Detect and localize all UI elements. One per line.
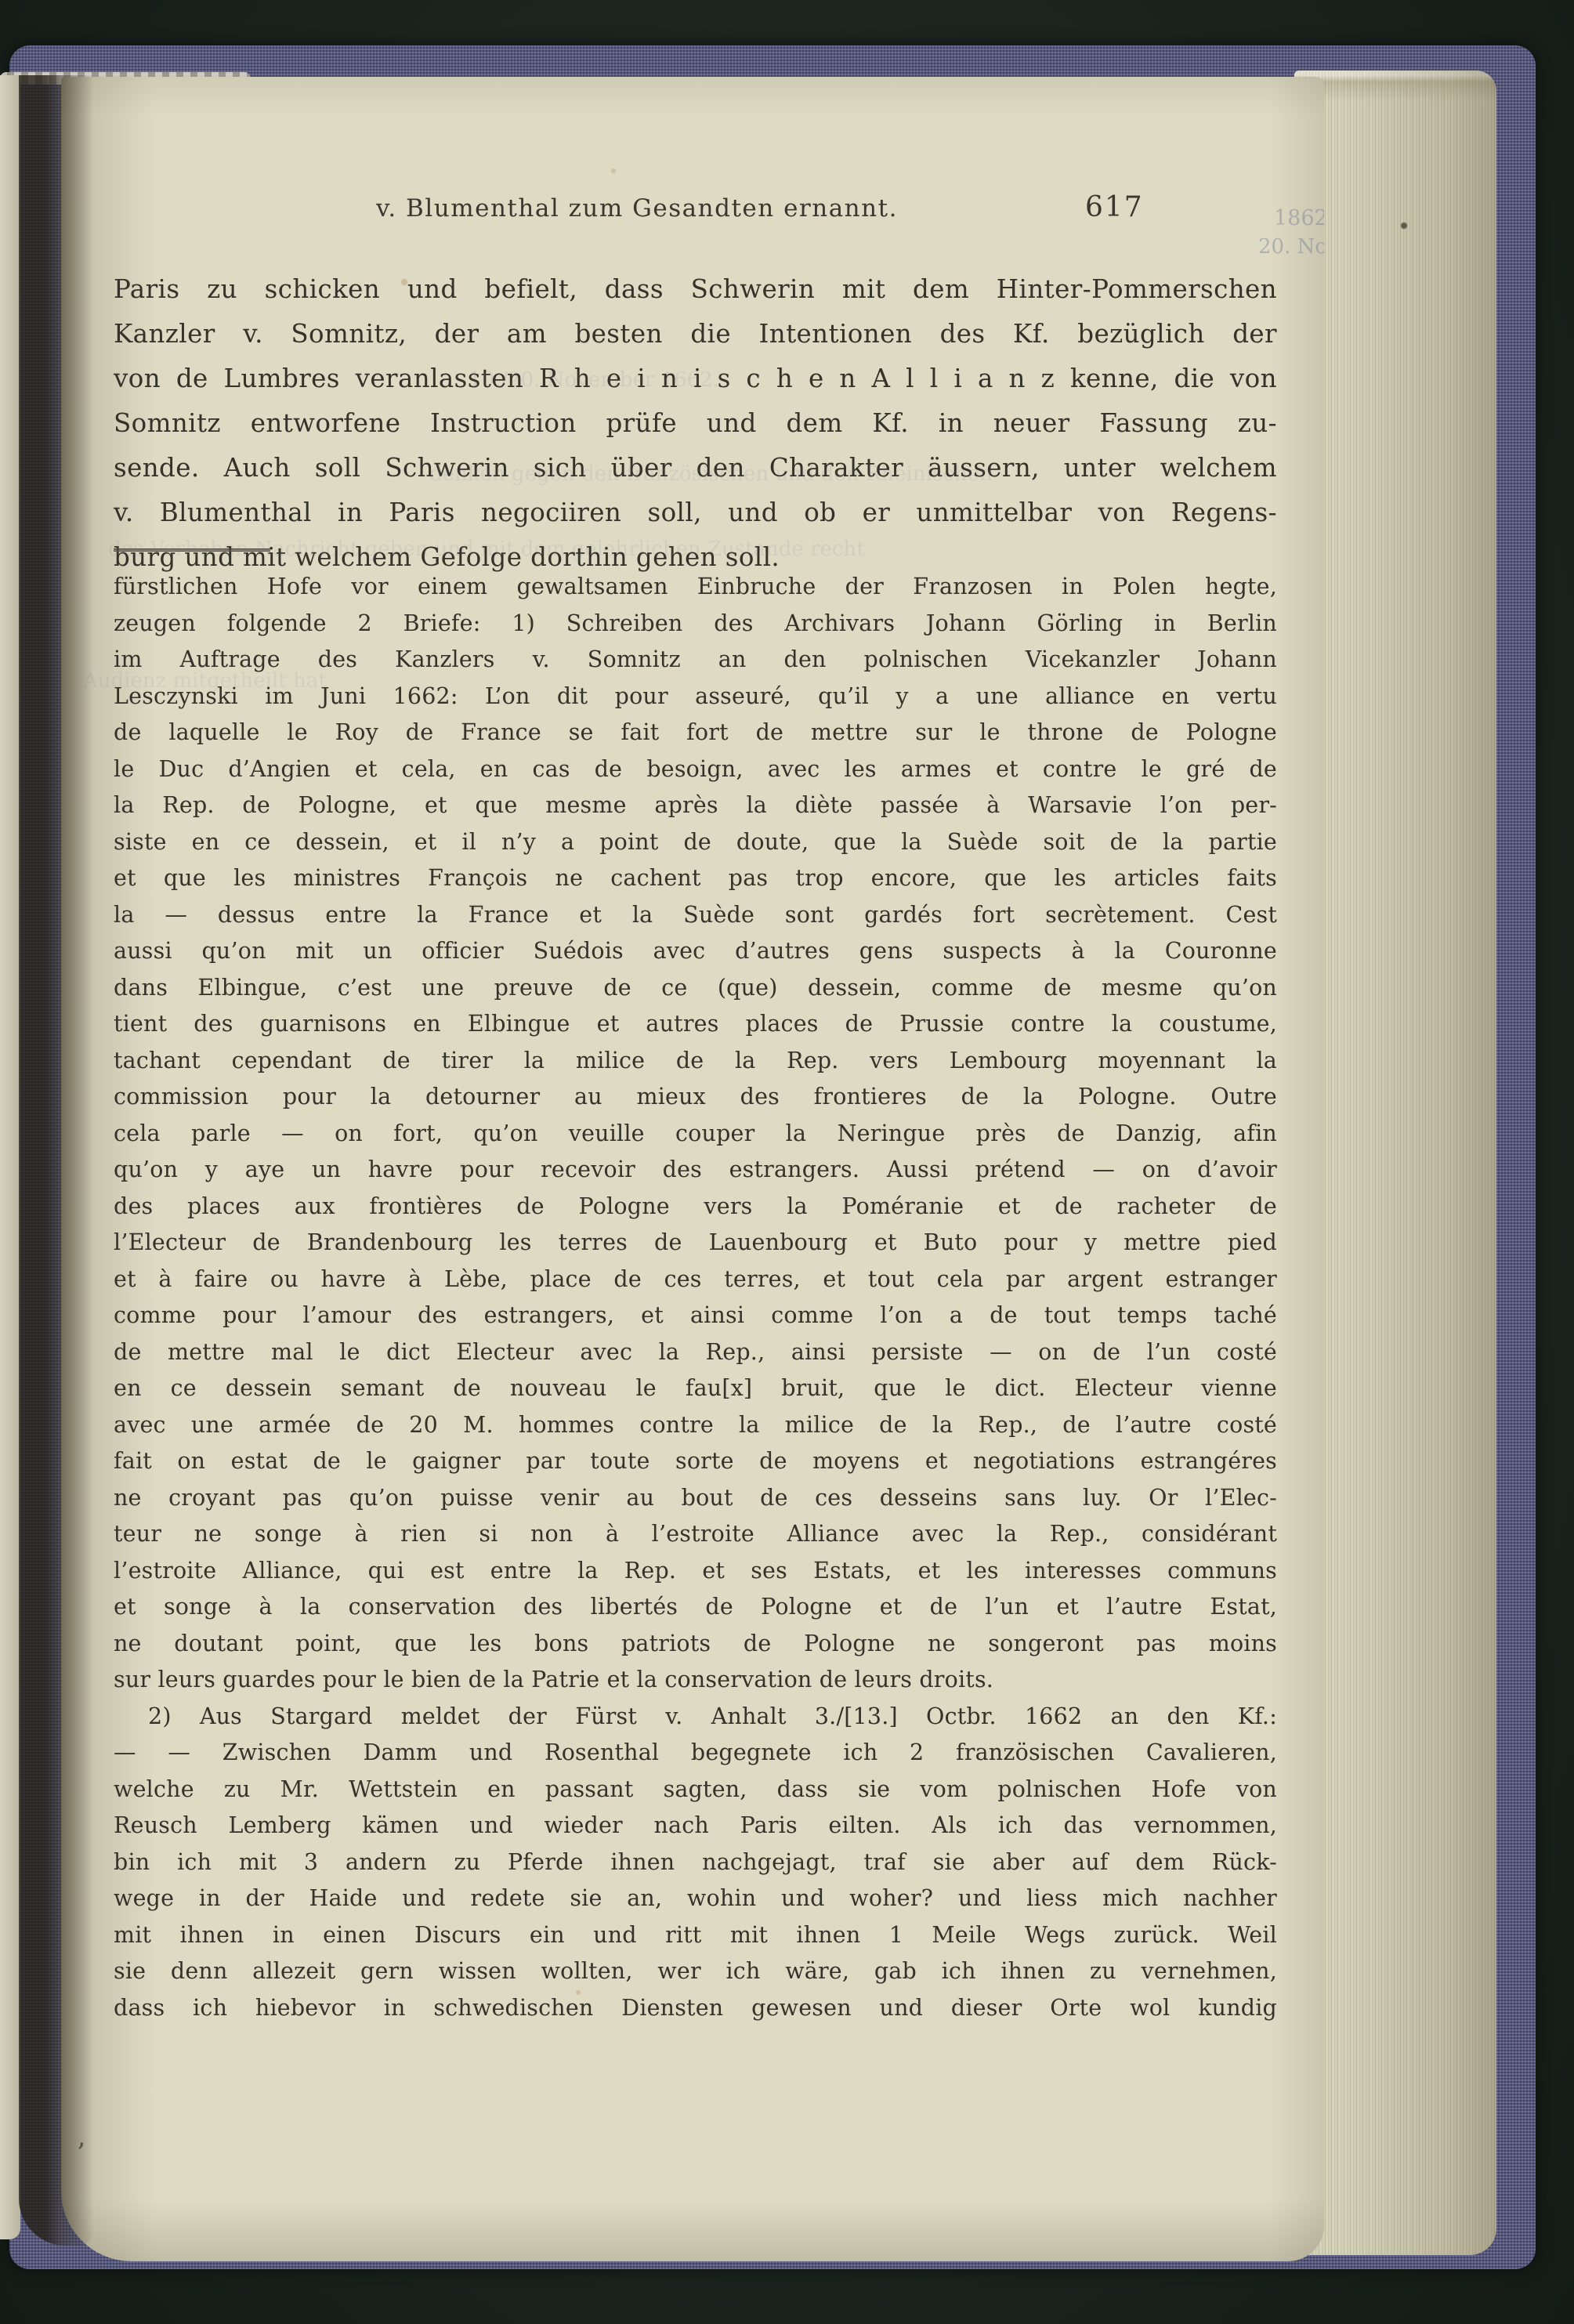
- footnote-text-line: des places aux frontières de Pologne ver…: [114, 1189, 1277, 1225]
- footnote-text-line: cela parle — on fort, qu’on veuille coup…: [114, 1116, 1277, 1153]
- body-text-line: von de Lumbres veranlassten R h e i n i …: [114, 357, 1277, 401]
- footnote-paragraph-2: 2) Aus Stargard meldet der Fürst v. Anha…: [114, 1699, 1277, 2027]
- footnote-text-line: welche zu Mr. Wettstein en passant sagte…: [114, 1772, 1277, 1808]
- footnote-text-line: et que les ministres François ne cachent…: [114, 860, 1277, 897]
- footnote-text-line: l’Electeur de Brandenbourg les terres de…: [114, 1225, 1277, 1262]
- footnote-text-line: sur leurs guardes pour le bien de la Pat…: [114, 1662, 1277, 1699]
- show-through-ghost-text: 20. Nov.: [1258, 235, 1324, 259]
- page-stack-fore-edge: [1294, 71, 1496, 2255]
- book-page: v. Blumenthal zum Gesandten ernannt. 617…: [61, 77, 1324, 2261]
- footnote-text-line: bin ich mit 3 andern zu Pferde ihnen nac…: [114, 1844, 1277, 1881]
- body-text-line: sende. Auch soll Schwerin sich über den …: [114, 446, 1277, 491]
- show-through-ghost-text: ’: [77, 2138, 85, 2169]
- main-paragraph: Paris zu schicken und befielt, dass Schw…: [114, 267, 1277, 580]
- footnote-text-line: et songe à la conservation des libertés …: [114, 1589, 1277, 1626]
- footnote-text-line: siste en ce dessein, et il n’y a point d…: [114, 824, 1277, 861]
- footnote-text-line: comme pour l’amour des estrangers, et ai…: [114, 1298, 1277, 1334]
- footnote-text-line: 2) Aus Stargard meldet der Fürst v. Anha…: [114, 1699, 1277, 1736]
- footnote-text-line: zeugen folgende 2 Briefe: 1) Schreiben d…: [114, 606, 1277, 643]
- running-header: v. Blumenthal zum Gesandten ernannt. 617: [114, 194, 1277, 230]
- book-photo-scene: v. Blumenthal zum Gesandten ernannt. 617…: [0, 0, 1574, 2324]
- footnote-text-line: Reusch Lemberg kämen und wieder nach Par…: [114, 1808, 1277, 1844]
- footnote-text-line: en ce dessein semant de nouveau le fau[x…: [114, 1370, 1277, 1407]
- body-text-line: Paris zu schicken und befielt, dass Schw…: [114, 267, 1277, 312]
- footnote-text-line: tachant cependant de tirer la milice de …: [114, 1043, 1277, 1080]
- footnote-paragraph-1: fürstlichen Hofe vor einem gewaltsamen E…: [114, 569, 1277, 1699]
- footnote-text-line: dans Elbingue, c’est une preuve de ce (q…: [114, 970, 1277, 1007]
- footnote-text-line: le Duc d’Angien et cela, en cas de besoi…: [114, 751, 1277, 788]
- footnote-text-line: la — dessus entre la France et la Suède …: [114, 897, 1277, 934]
- footnote-text-line: Lesczynski im Juni 1662: L’on dit pour a…: [114, 679, 1277, 715]
- footnote-separator: [114, 548, 270, 552]
- footnote-block: fürstlichen Hofe vor einem gewaltsamen E…: [114, 569, 1277, 2026]
- footnote-text-line: wege in der Haide und redete sie an, woh…: [114, 1881, 1277, 1917]
- footnote-text-line: — — Zwischen Damm und Rosenthal begegnet…: [114, 1735, 1277, 1772]
- footnote-text-line: ne doutant point, que les bons patriots …: [114, 1626, 1277, 1663]
- footnote-text-line: sie denn allezeit gern wissen wollten, w…: [114, 1953, 1277, 1990]
- footnote-text-line: de laquelle le Roy de France se fait for…: [114, 715, 1277, 751]
- facing-page-edge: [0, 75, 20, 2239]
- page-number: 617: [1085, 191, 1144, 223]
- footnote-text-line: dass ich hiebevor in schwedischen Dienst…: [114, 1990, 1277, 2027]
- footnote-text-line: aussi qu’on mit un officier Suédois avec…: [114, 933, 1277, 970]
- body-text-line: Somnitz entworfene Instruction prüfe und…: [114, 401, 1277, 446]
- footnote-text-line: fait on estat de le gaigner par toute so…: [114, 1443, 1277, 1480]
- body-text-line: Kanzler v. Somnitz, der am besten die In…: [114, 312, 1277, 357]
- footnote-text-line: qu’on y aye un havre pour recevoir des e…: [114, 1152, 1277, 1189]
- footnote-text-line: teur ne songe à rien si non à l’estroite…: [114, 1516, 1277, 1553]
- footnote-text-line: de mettre mal le dict Electeur avec la R…: [114, 1334, 1277, 1371]
- footnote-text-line: commission pour la detourner au mieux de…: [114, 1079, 1277, 1116]
- running-header-title: v. Blumenthal zum Gesandten ernannt.: [376, 194, 898, 223]
- footnote-text-line: la Rep. de Pologne, et que mesme après l…: [114, 787, 1277, 824]
- footnote-text-line: mit ihnen in einen Discurs ein und ritt …: [114, 1917, 1277, 1954]
- footnote-text-line: fürstlichen Hofe vor einem gewaltsamen E…: [114, 569, 1277, 606]
- footnote-text-line: avec une armée de 20 M. hommes contre la…: [114, 1407, 1277, 1444]
- body-text-line: v. Blumenthal in Paris negociiren soll, …: [114, 491, 1277, 535]
- footnote-text-line: im Auftrage des Kanzlers v. Somnitz an d…: [114, 642, 1277, 679]
- footnote-text-line: et à faire ou havre à Lèbe, place de ces…: [114, 1262, 1277, 1298]
- footnote-text-line: ne croyant pas qu’on puisse venir au bou…: [114, 1480, 1277, 1517]
- footnote-text-line: tient des guarnisons en Elbingue et autr…: [114, 1006, 1277, 1043]
- show-through-ghost-text: 1862: [1274, 206, 1324, 230]
- footnote-text-line: l’estroite Alliance, qui est entre la Re…: [114, 1553, 1277, 1590]
